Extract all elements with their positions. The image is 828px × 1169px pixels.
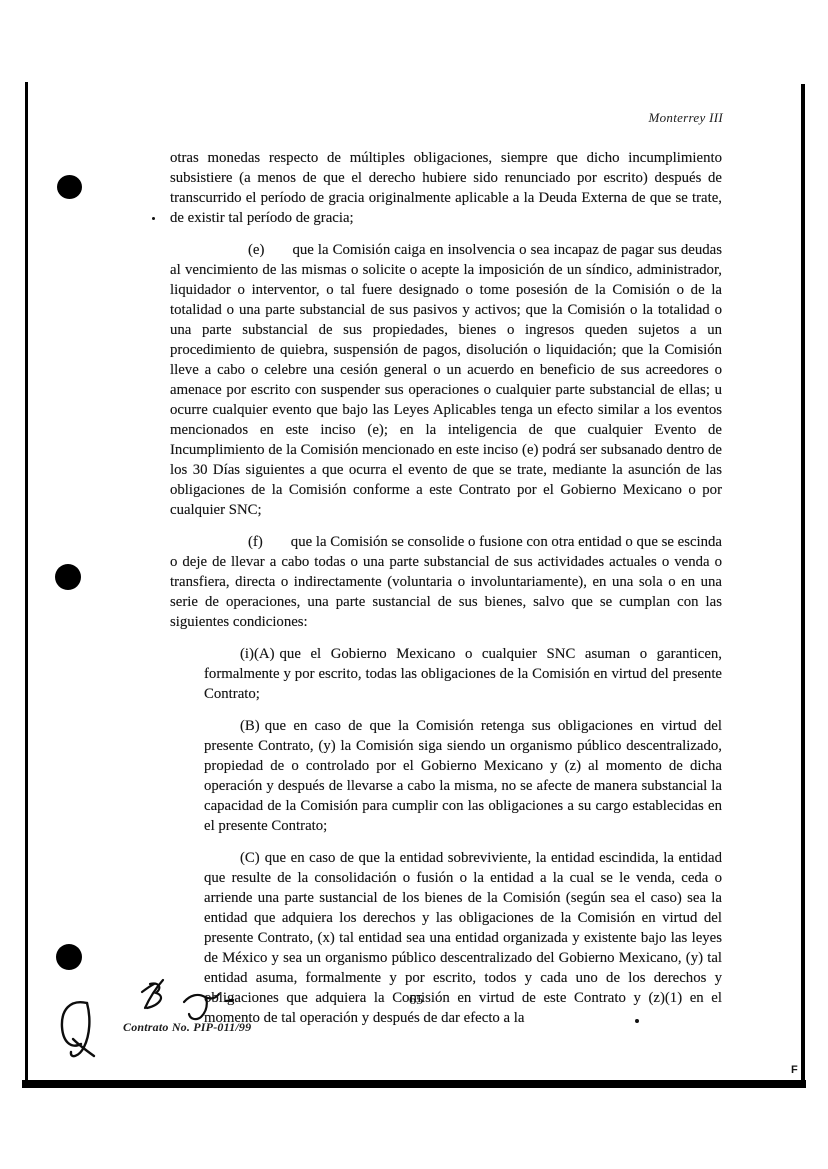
clause-text: que en caso de que la Comisión retenga s… (204, 718, 722, 834)
scan-speck (635, 1019, 639, 1023)
page-border-left (25, 82, 28, 1085)
punch-hole-icon (56, 944, 82, 970)
clause-text: que la Comisión caiga en insolvencia o s… (170, 242, 722, 518)
document-body: otras monedas respecto de múltiples obli… (170, 148, 722, 1028)
paragraph-continuation: otras monedas respecto de múltiples obli… (170, 148, 722, 228)
clause-c: (C)que en caso de que la entidad sobrevi… (204, 848, 722, 1028)
contract-number-footer: Contrato No. PIP-011/99 (123, 1020, 251, 1035)
clause-text: que el Gobierno Mexicano o cualquier SNC… (204, 646, 722, 702)
scan-edge-artifact: F (791, 1064, 798, 1076)
clause-label: (B) (240, 718, 260, 734)
scanned-contract-page: Monterrey III otras monedas respecto de … (0, 0, 828, 1169)
clause-b: (B)que en caso de que la Comisión reteng… (204, 716, 722, 836)
clause-label: (f) (248, 534, 263, 550)
clause-i-a: (i)(A)que el Gobierno Mexicano o cualqui… (204, 644, 722, 704)
clause-label: (i)(A) (240, 646, 275, 662)
punch-hole-icon (57, 175, 82, 199)
clause-e: (e)que la Comisión caiga en insolvencia … (170, 240, 722, 520)
signature-initial-b (142, 980, 163, 1008)
clause-label: (e) (248, 242, 264, 258)
scan-speck (152, 217, 155, 220)
page-number: 65 (409, 993, 423, 1009)
paragraph-text: otras monedas respecto de múltiples obli… (170, 150, 722, 226)
punch-hole-icon (55, 564, 81, 590)
page-border-bottom (22, 1080, 806, 1088)
signature-loop (62, 1002, 94, 1056)
clause-label: (C) (240, 850, 260, 866)
clause-text: que en caso de que la entidad sobrevivie… (204, 850, 722, 1026)
running-header: Monterrey III (648, 110, 723, 126)
clause-f: (f)que la Comisión se consolide o fusion… (170, 532, 722, 632)
page-border-right (801, 84, 805, 1086)
